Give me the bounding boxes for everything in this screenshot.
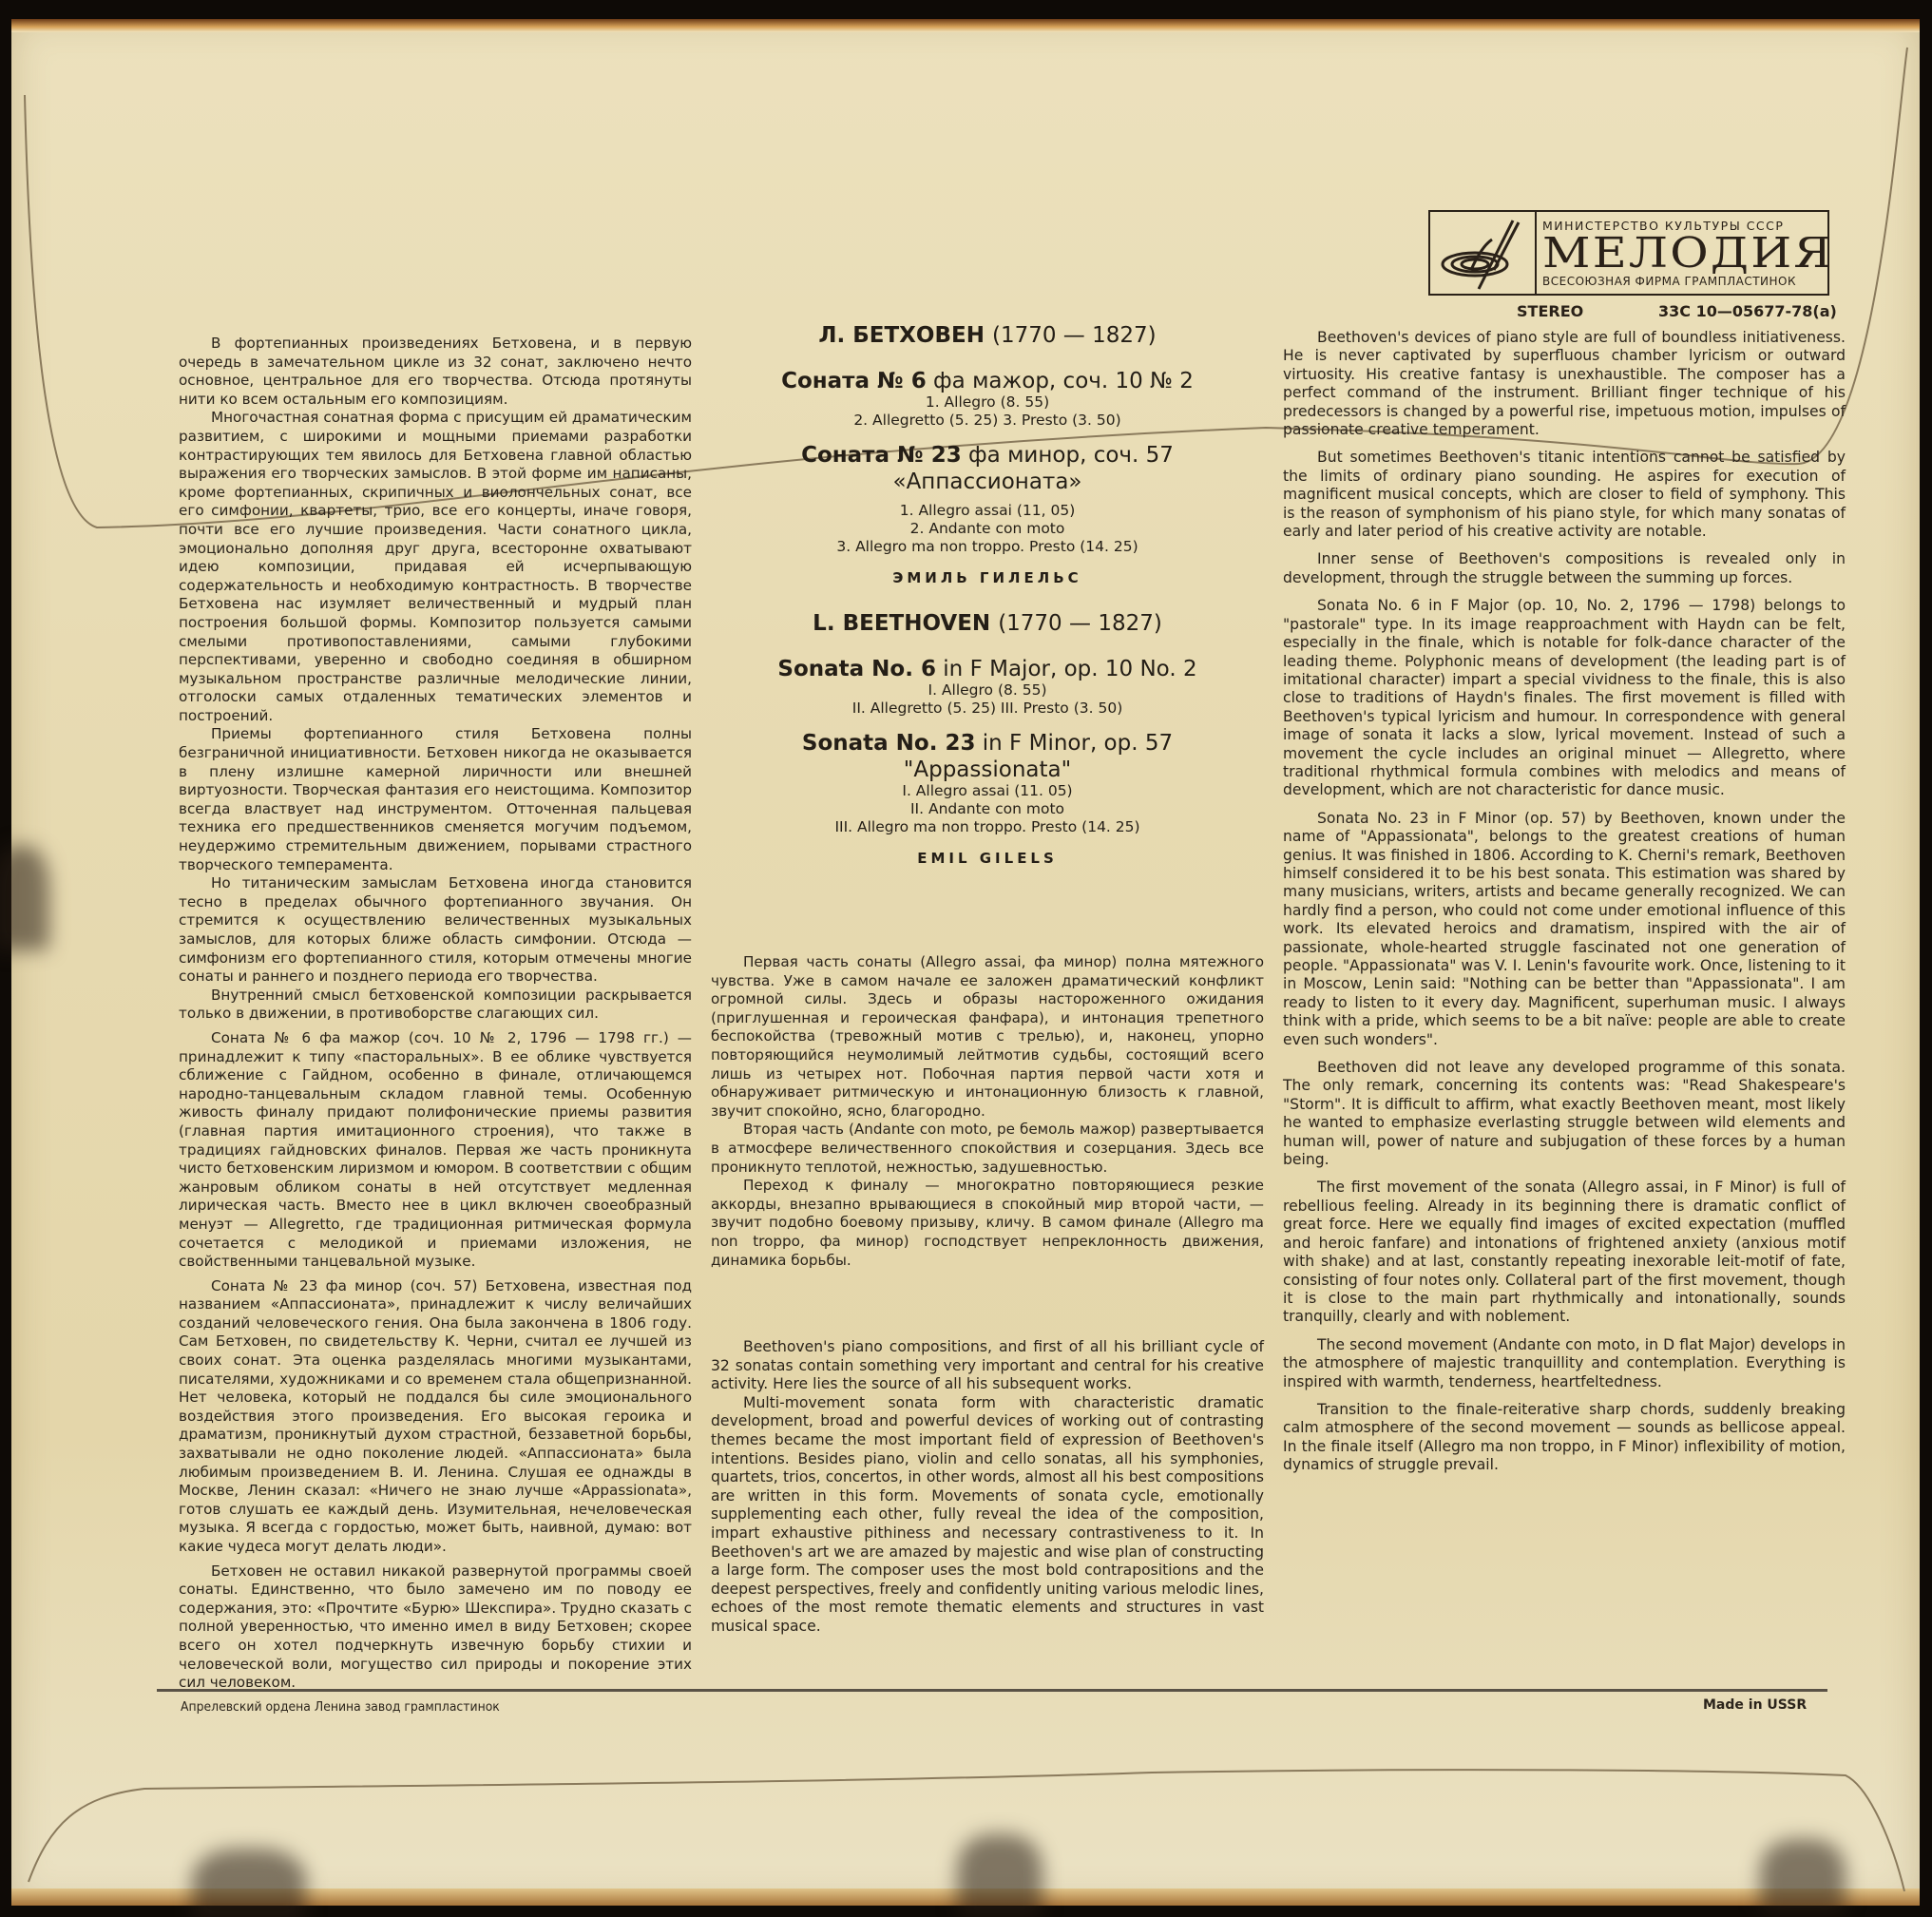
- paragraph: Многочастная сонатная форма с присущим е…: [179, 409, 692, 725]
- paragraph: Beethoven's piano compositions, and firs…: [711, 1338, 1264, 1394]
- paragraph: Sonata No. 6 in F Major (op. 10, No. 2, …: [1283, 597, 1846, 799]
- notes-ru-left: В фортепианных произведениях Бетховена, …: [179, 335, 692, 1693]
- paragraph: The second movement (Andante con moto, i…: [1283, 1336, 1846, 1391]
- clip-shadow: [1760, 1839, 1846, 1915]
- paragraph: But sometimes Beethoven's titanic intent…: [1283, 449, 1846, 541]
- sonata-23-title-ru: Соната № 23 фа минор, соч. 57: [711, 443, 1264, 468]
- sonata-23-title-en: Sonata No. 23 in F Minor, op. 57: [711, 731, 1264, 756]
- paragraph: Соната № 23 фа минор (соч. 57) Бетховена…: [179, 1277, 692, 1557]
- manufacturer-text: Апрелевский ордена Ленина завод грамплас…: [181, 1699, 500, 1715]
- movement: 1. Allegro assai (11, 05): [711, 502, 1264, 520]
- sonata-subtitle: "Appassionata": [711, 757, 1264, 782]
- brand-name: МЕЛОДИЯ: [1542, 233, 1855, 275]
- origin-text: Made in USSR: [1703, 1697, 1807, 1713]
- movement: III. Allegro ma non troppo. Presto (14. …: [711, 818, 1264, 836]
- paragraph: Бетховен не оставил никакой развернутой …: [179, 1562, 692, 1693]
- composer-en: L. BEETHOVEN (1770 — 1827): [711, 611, 1264, 636]
- performer-en: EMIL GILELS: [711, 850, 1264, 867]
- notes-ru-middle: Первая часть сонаты (Allegro assai, фа м…: [711, 953, 1264, 1270]
- paragraph: Inner sense of Beethoven's compositions …: [1283, 550, 1846, 587]
- paragraph: Beethoven's devices of piano style are f…: [1283, 329, 1846, 439]
- clip-shadow: [192, 1849, 306, 1917]
- paragraph: Первая часть сонаты (Allegro assai, фа м…: [711, 953, 1264, 1121]
- performer-ru: ЭМИЛЬ ГИЛЕЛЬС: [711, 569, 1264, 586]
- movement: I. Allegro (8. 55): [711, 681, 1264, 700]
- movement: I. Allegro assai (11. 05): [711, 782, 1264, 800]
- sonata-6-title-ru: Соната № 6 фа мажор, соч. 10 № 2: [711, 369, 1264, 393]
- paragraph: The first movement of the sonata (Allegr…: [1283, 1179, 1846, 1326]
- movement: 2. Andante con moto: [711, 520, 1264, 538]
- paragraph: Multi-movement sonata form with characte…: [711, 1394, 1264, 1637]
- sleeve-top-edge: [11, 19, 1920, 32]
- notes-en-right: Beethoven's devices of piano style are f…: [1283, 329, 1846, 1485]
- clip-shadow: [957, 1834, 1043, 1917]
- catalog-number: 33С 10—05677-78(а): [1658, 302, 1837, 320]
- paragraph: Внутренний смысл бетховенской композиции…: [179, 987, 692, 1024]
- melodiya-logo-icon: [1430, 212, 1537, 294]
- clip-shadow: [0, 846, 49, 950]
- paragraph: Beethoven did not leave any developed pr…: [1283, 1059, 1846, 1169]
- format-label: STEREO: [1517, 302, 1583, 320]
- sonata-subtitle: «Аппассионата»: [711, 470, 1264, 494]
- movement: II. Andante con moto: [711, 800, 1264, 818]
- paragraph: Соната № 6 фа мажор (соч. 10 № 2, 1796 —…: [179, 1029, 692, 1272]
- notes-en-middle: Beethoven's piano compositions, and firs…: [711, 1338, 1264, 1637]
- paragraph: Приемы фортепианного стиля Бетховена пол…: [179, 725, 692, 874]
- movement: 3. Allegro ma non troppo. Presto (14. 25…: [711, 538, 1264, 556]
- paragraph: Transition to the finale-reiterative sha…: [1283, 1401, 1846, 1475]
- paragraph: Sonata No. 23 in F Minor (op. 57) by Bee…: [1283, 810, 1846, 1049]
- melodiya-label: МИНИСТЕРСТВО КУЛЬТУРЫ СССР МЕЛОДИЯ ВСЕСО…: [1428, 210, 1829, 296]
- paragraph: Но титаническим замыслам Бетховена иногд…: [179, 874, 692, 987]
- paragraph: Переход к финалу — многократно повторяющ…: [711, 1177, 1264, 1270]
- paragraph: Вторая часть (Andante con moto, ре бемол…: [711, 1121, 1264, 1177]
- composer-ru: Л. БЕТХОВЕН (1770 — 1827): [711, 323, 1264, 348]
- paragraph: В фортепианных произведениях Бетховена, …: [179, 335, 692, 409]
- movement: 2. Allegretto (5. 25) 3. Presto (3. 50): [711, 412, 1264, 430]
- footer-divider: [157, 1689, 1827, 1692]
- movement: II. Allegretto (5. 25) III. Presto (3. 5…: [711, 700, 1264, 718]
- movement: 1. Allegro (8. 55): [711, 393, 1264, 412]
- program-listing: Л. БЕТХОВЕН (1770 — 1827) Соната № 6 фа …: [711, 323, 1264, 891]
- sonata-6-title-en: Sonata No. 6 in F Major, op. 10 No. 2: [711, 657, 1264, 681]
